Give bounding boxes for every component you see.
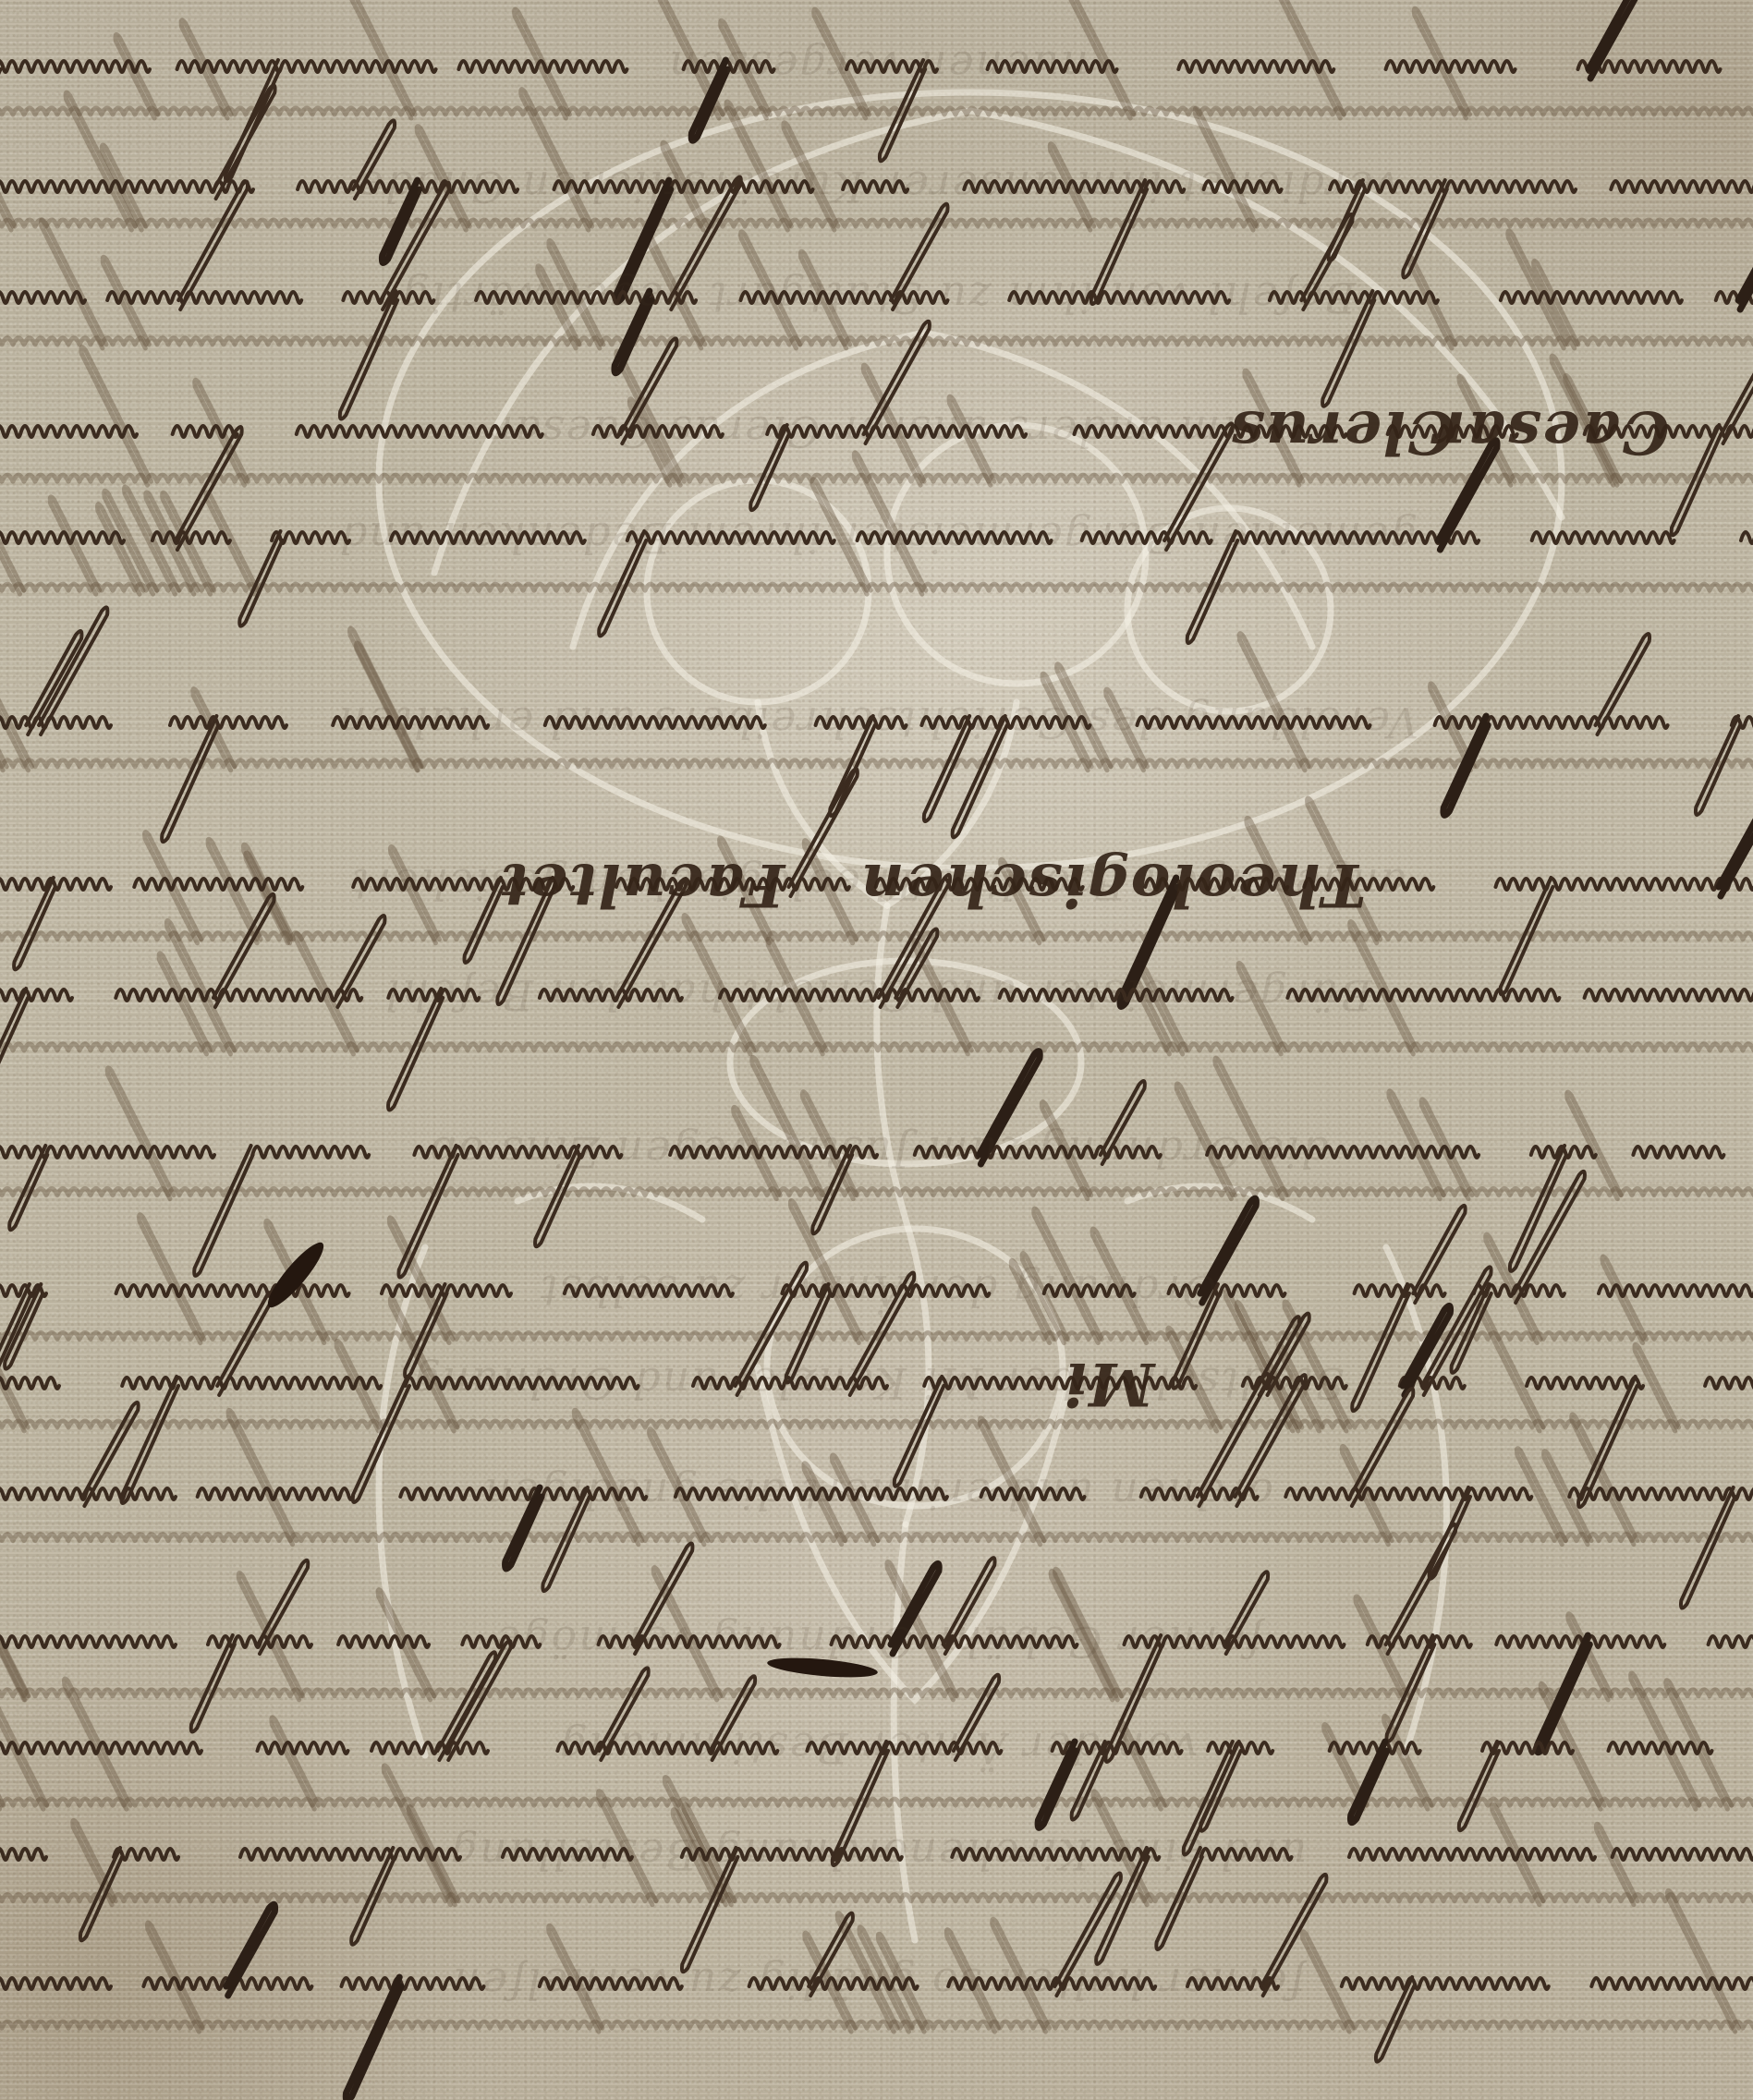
manuscript-line: gemeinen Burgermeister ihrem Bedenken un… — [55, 513, 1700, 563]
manuscript-line: angezeigen Facultet Theologischen gesich… — [55, 859, 1700, 909]
manuscript-line: ferner Gebühr Ordnung vermöge — [55, 1617, 1700, 1667]
handwriting-word — [0, 1378, 59, 1389]
manuscript-line: Befehl von ihm zu Stuttgart gegenwärtig — [55, 273, 1700, 322]
manuscript-line: verdienet ihm unserer Kursürstlichen Gna… — [55, 162, 1700, 212]
manuscript-line: die Ordnung zum Justiz wegen Zins ob — [55, 1127, 1700, 1177]
manuscript-line: Ordnung der Ämter zu selbst — [55, 1266, 1700, 1316]
manuscript-line: ordnen und erinnert die gnädigen — [55, 1469, 1700, 1519]
manuscript-line: Bürgermeister und Gericht hat den Befehl — [55, 970, 1700, 1020]
handwriting-word — [1705, 1378, 1753, 1389]
manuscript-line: von der Ämter Bestimmung — [55, 1723, 1700, 1773]
manuscript-line: ferner halten so gnädig zu verhelfen — [55, 1959, 1700, 2009]
manuscript-line: ihm anders unsrer Clerus Caesar — [55, 407, 1700, 456]
manuscript-line: Stadtschreiber Mi Kanzlei und Ordnung — [55, 1358, 1700, 1408]
manuscript-page: ClerusCaesarTheologischenFacultetMi nuen… — [0, 0, 1753, 2100]
manuscript-line: Veroldung des Gerichtschreibers und erha… — [55, 698, 1700, 747]
manuscript-line: und eine Kirchenordnung Bestellung — [55, 1829, 1700, 1879]
handwriting-word — [1709, 1636, 1753, 1647]
handwriting-word — [1741, 532, 1753, 543]
handwriting-word — [0, 1849, 46, 1860]
manuscript-line: nuenen vergessen — [55, 42, 1700, 91]
